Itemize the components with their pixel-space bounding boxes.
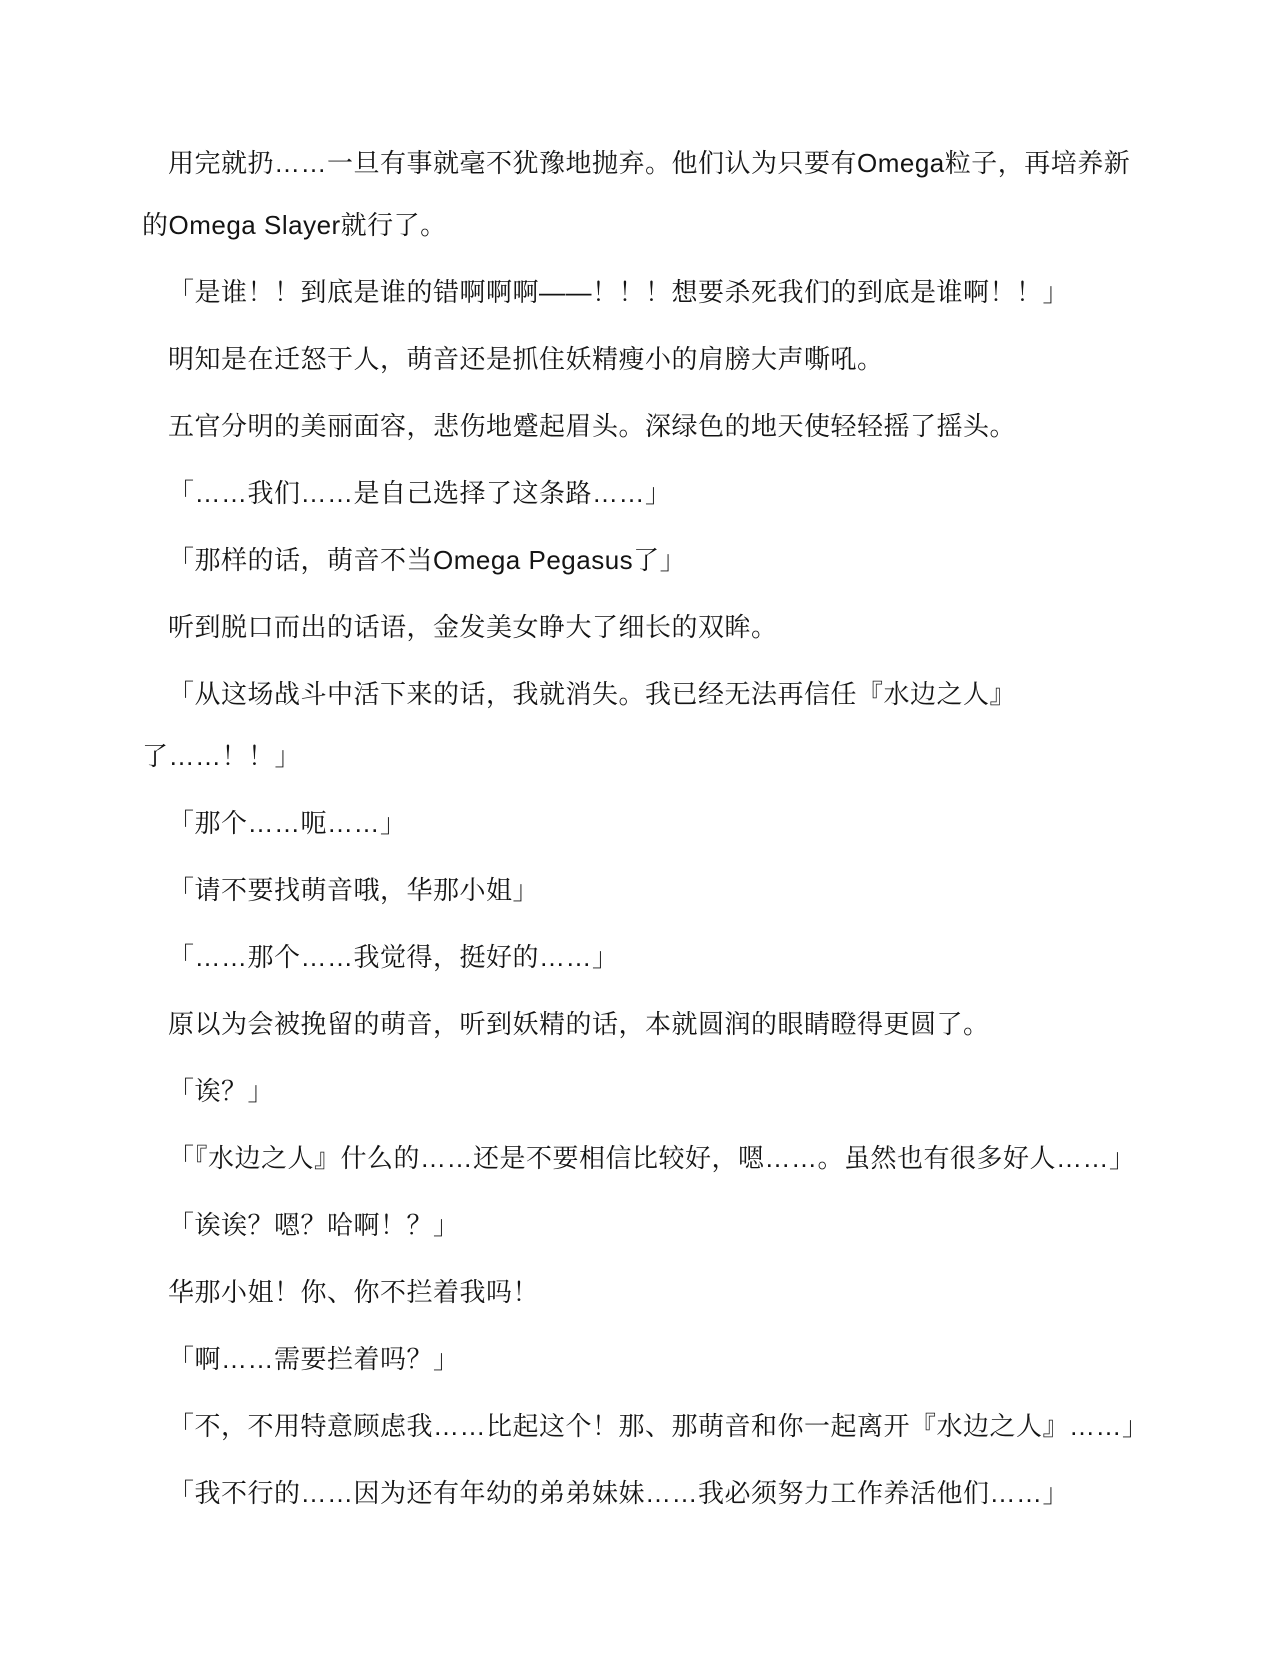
paragraph: 「诶？」: [142, 1060, 1144, 1122]
paragraph: 用完就扔……一旦有事就毫不犹豫地抛弃。他们认为只要有Omega粒子，再培养新的O…: [142, 132, 1144, 256]
paragraph: 「是谁！！到底是谁的错啊啊啊——！！！想要杀死我们的到底是谁啊！！」: [142, 261, 1144, 323]
paragraph: 华那小姐！你、你不拦着我吗！: [142, 1261, 1144, 1323]
paragraph: 「不，不用特意顾虑我……比起这个！那、那萌音和你一起离开『水边之人』……」: [142, 1395, 1144, 1457]
paragraph: 「那样的话，萌音不当Omega Pegasus了」: [142, 529, 1144, 591]
paragraph: 「……我们……是自己选择了这条路……」: [142, 462, 1144, 524]
paragraph: 「那个……呃……」: [142, 792, 1144, 854]
paragraph: 「……那个……我觉得，挺好的……」: [142, 926, 1144, 988]
paragraph: 明知是在迁怒于人，萌音还是抓住妖精瘦小的肩膀大声嘶吼。: [142, 328, 1144, 390]
paragraph: 「『水边之人』什么的……还是不要相信比较好，嗯……。虽然也有很多好人……」: [142, 1127, 1144, 1189]
paragraph: 「我不行的……因为还有年幼的弟弟妹妹……我必须努力工作养活他们……」: [142, 1462, 1144, 1524]
paragraph: 「请不要找萌音哦，华那小姐」: [142, 859, 1144, 921]
paragraph: 五官分明的美丽面容，悲伤地蹙起眉头。深绿色的地天使轻轻摇了摇头。: [142, 395, 1144, 457]
paragraph: 原以为会被挽留的萌音，听到妖精的话，本就圆润的眼睛瞪得更圆了。: [142, 993, 1144, 1055]
paragraph: 听到脱口而出的话语，金发美女睁大了细长的双眸。: [142, 596, 1144, 658]
paragraph: 「诶诶？嗯？哈啊！？」: [142, 1194, 1144, 1256]
page: 用完就扔……一旦有事就毫不犹豫地抛弃。他们认为只要有Omega粒子，再培养新的O…: [0, 0, 1280, 1656]
novel-text: 用完就扔……一旦有事就毫不犹豫地抛弃。他们认为只要有Omega粒子，再培养新的O…: [142, 132, 1144, 1524]
paragraph: 「从这场战斗中活下来的话，我就消失。我已经无法再信任『水边之人』了……！！」: [142, 663, 1144, 787]
paragraph: 「啊……需要拦着吗？」: [142, 1328, 1144, 1390]
